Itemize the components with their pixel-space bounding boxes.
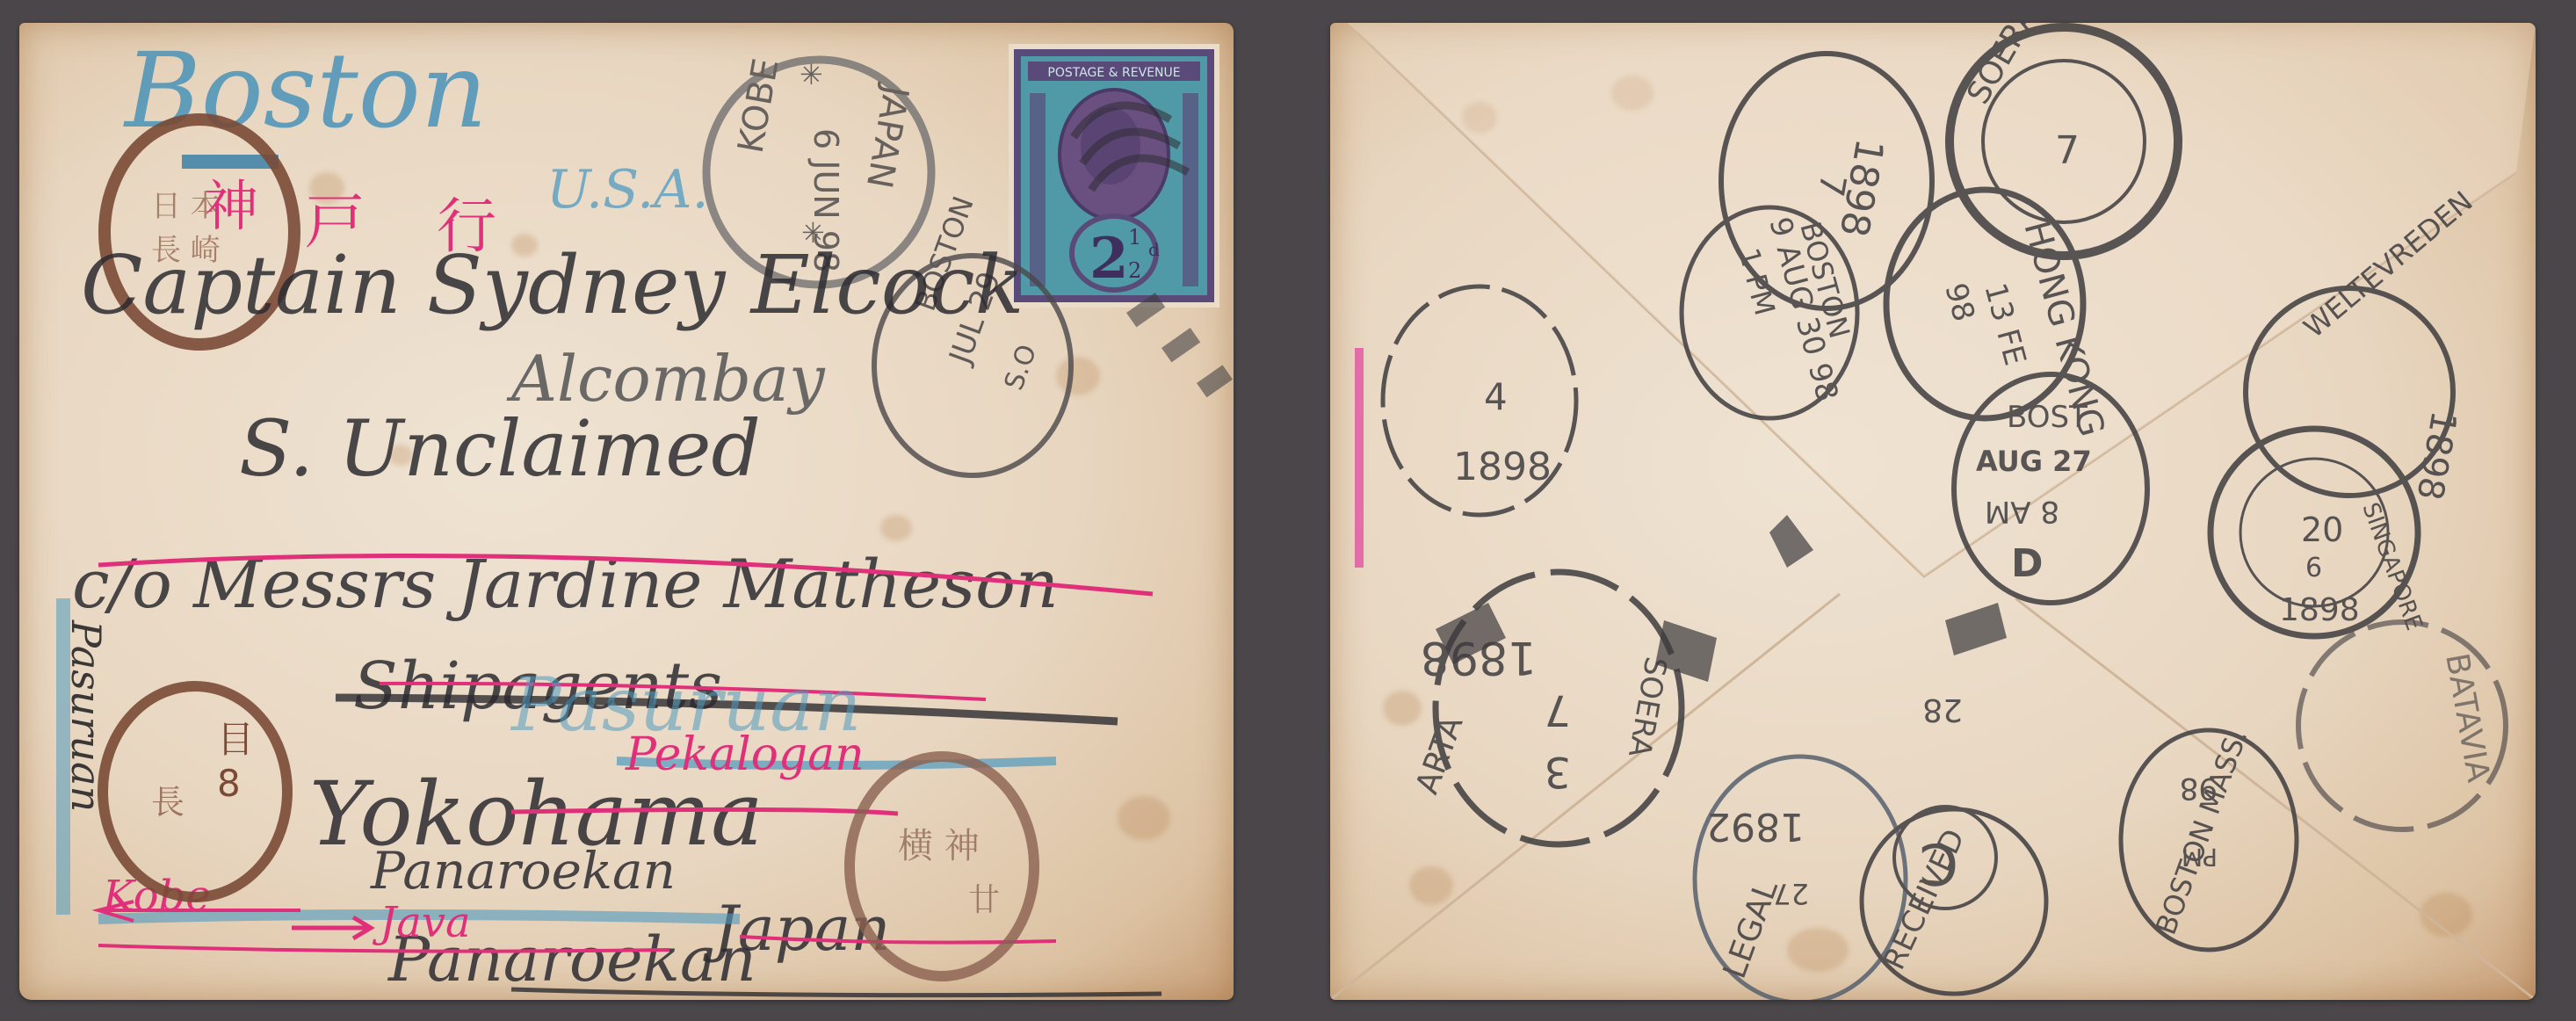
postmark-batavia: BATAVIA — [2298, 622, 2506, 829]
svg-text:1898: 1898 — [2279, 592, 2360, 628]
svg-text:S.O: S.O — [999, 341, 1044, 395]
stamp-unit: d — [1148, 239, 1160, 260]
margin-annotation: Pasuruan — [56, 598, 110, 915]
stamp-label: POSTAGE & REVENUE — [1047, 66, 1180, 80]
address-line-1: Captain Sydney Elcock — [81, 238, 1024, 332]
svg-text:6: 6 — [2305, 553, 2322, 583]
postmark-legal-1892: 1892 27 LEGAL — [1695, 757, 1906, 1000]
svg-text:7: 7 — [1544, 685, 1571, 735]
svg-text:BOSTON MASS.: BOSTON MASS. — [2149, 725, 2254, 939]
back-markings: 4 1898 1898 7 BOSTON 9 AUG 30 98 1 PM HO… — [1330, 23, 2536, 1000]
japanese-vertical-red: 神 — [204, 174, 258, 238]
svg-text:SOERA: SOERA — [1621, 654, 1673, 760]
stamp-fraction-den: 2 — [1128, 258, 1141, 283]
svg-text:JAPAN: JAPAN — [858, 80, 916, 191]
pink-mark — [1355, 348, 1364, 568]
svg-text:ARTA: ARTA — [1409, 711, 1471, 799]
svg-text:廿: 廿 — [968, 882, 1000, 918]
svg-text:BATAVIA: BATAVIA — [2438, 650, 2496, 785]
svg-text:1898: 1898 — [2408, 408, 2464, 503]
svg-text:AUG 27: AUG 27 — [1976, 445, 2092, 478]
postmark-soerabaia-bottom: 1898 7 3 ARTA SOERA — [1409, 572, 1682, 844]
address-block: Captain Sydney Elcock Alcombay S. Unclai… — [72, 238, 1059, 996]
svg-text:28: 28 — [1922, 692, 1963, 728]
svg-text:BOST: BOST — [2007, 400, 2088, 435]
boston-annotation: Boston — [123, 30, 488, 151]
svg-text:長: 長 — [151, 783, 185, 822]
stamp-fraction-num: 1 — [1128, 225, 1141, 250]
svg-text:98: 98 — [2180, 771, 2218, 806]
seal-bottom-left: 目 8 長 — [103, 686, 287, 897]
svg-text:KOBE: KOBE — [731, 55, 787, 156]
svg-text:4: 4 — [1484, 375, 1508, 418]
svg-text:1898: 1898 — [1453, 445, 1552, 489]
stamp-value: 2 — [1089, 226, 1129, 292]
svg-text:✳: ✳ — [800, 58, 823, 91]
address-line-7: Panaroekan — [370, 841, 676, 901]
front-markings: Boston U.S.A. 日 本 長 崎 神 戸 行 KOBE 6 JUN 9… — [19, 23, 1234, 1000]
red-arrow — [292, 917, 371, 938]
svg-text:1892: 1892 — [1706, 804, 1805, 849]
svg-text:20: 20 — [2301, 510, 2343, 549]
postmark-partial-left: 4 1898 — [1383, 286, 1576, 515]
address-line-3: S. Unclaimed — [239, 403, 761, 494]
svg-text:8 AM: 8 AM — [1985, 494, 2059, 529]
postmark-boston-mass: BOSTON MASS. 98 PM — [2121, 725, 2297, 950]
usa-annotation: U.S.A. — [546, 159, 709, 221]
stamp-2-half-penny: POSTAGE & REVENUE 2 1 2 d — [1009, 44, 1219, 308]
svg-text:PM: PM — [2182, 843, 2218, 872]
svg-text:3: 3 — [1544, 747, 1571, 796]
cover-back: 4 1898 1898 7 BOSTON 9 AUG 30 98 1 PM HO… — [1330, 23, 2536, 1000]
svg-text:7: 7 — [2055, 128, 2080, 173]
postmark-singapore: SINGAPORE 20 6 1898 — [2211, 429, 2428, 636]
pekalongan-annotation: Pekalogan — [625, 728, 865, 781]
svg-text:目: 目 — [217, 718, 254, 761]
svg-text:横 神: 横 神 — [898, 826, 980, 866]
cover-front: Boston U.S.A. 日 本 長 崎 神 戸 行 KOBE 6 JUN 9… — [19, 23, 1234, 1000]
java-annotation: Java — [372, 898, 471, 947]
svg-text:D: D — [2011, 541, 2044, 586]
svg-text:8: 8 — [217, 762, 241, 805]
